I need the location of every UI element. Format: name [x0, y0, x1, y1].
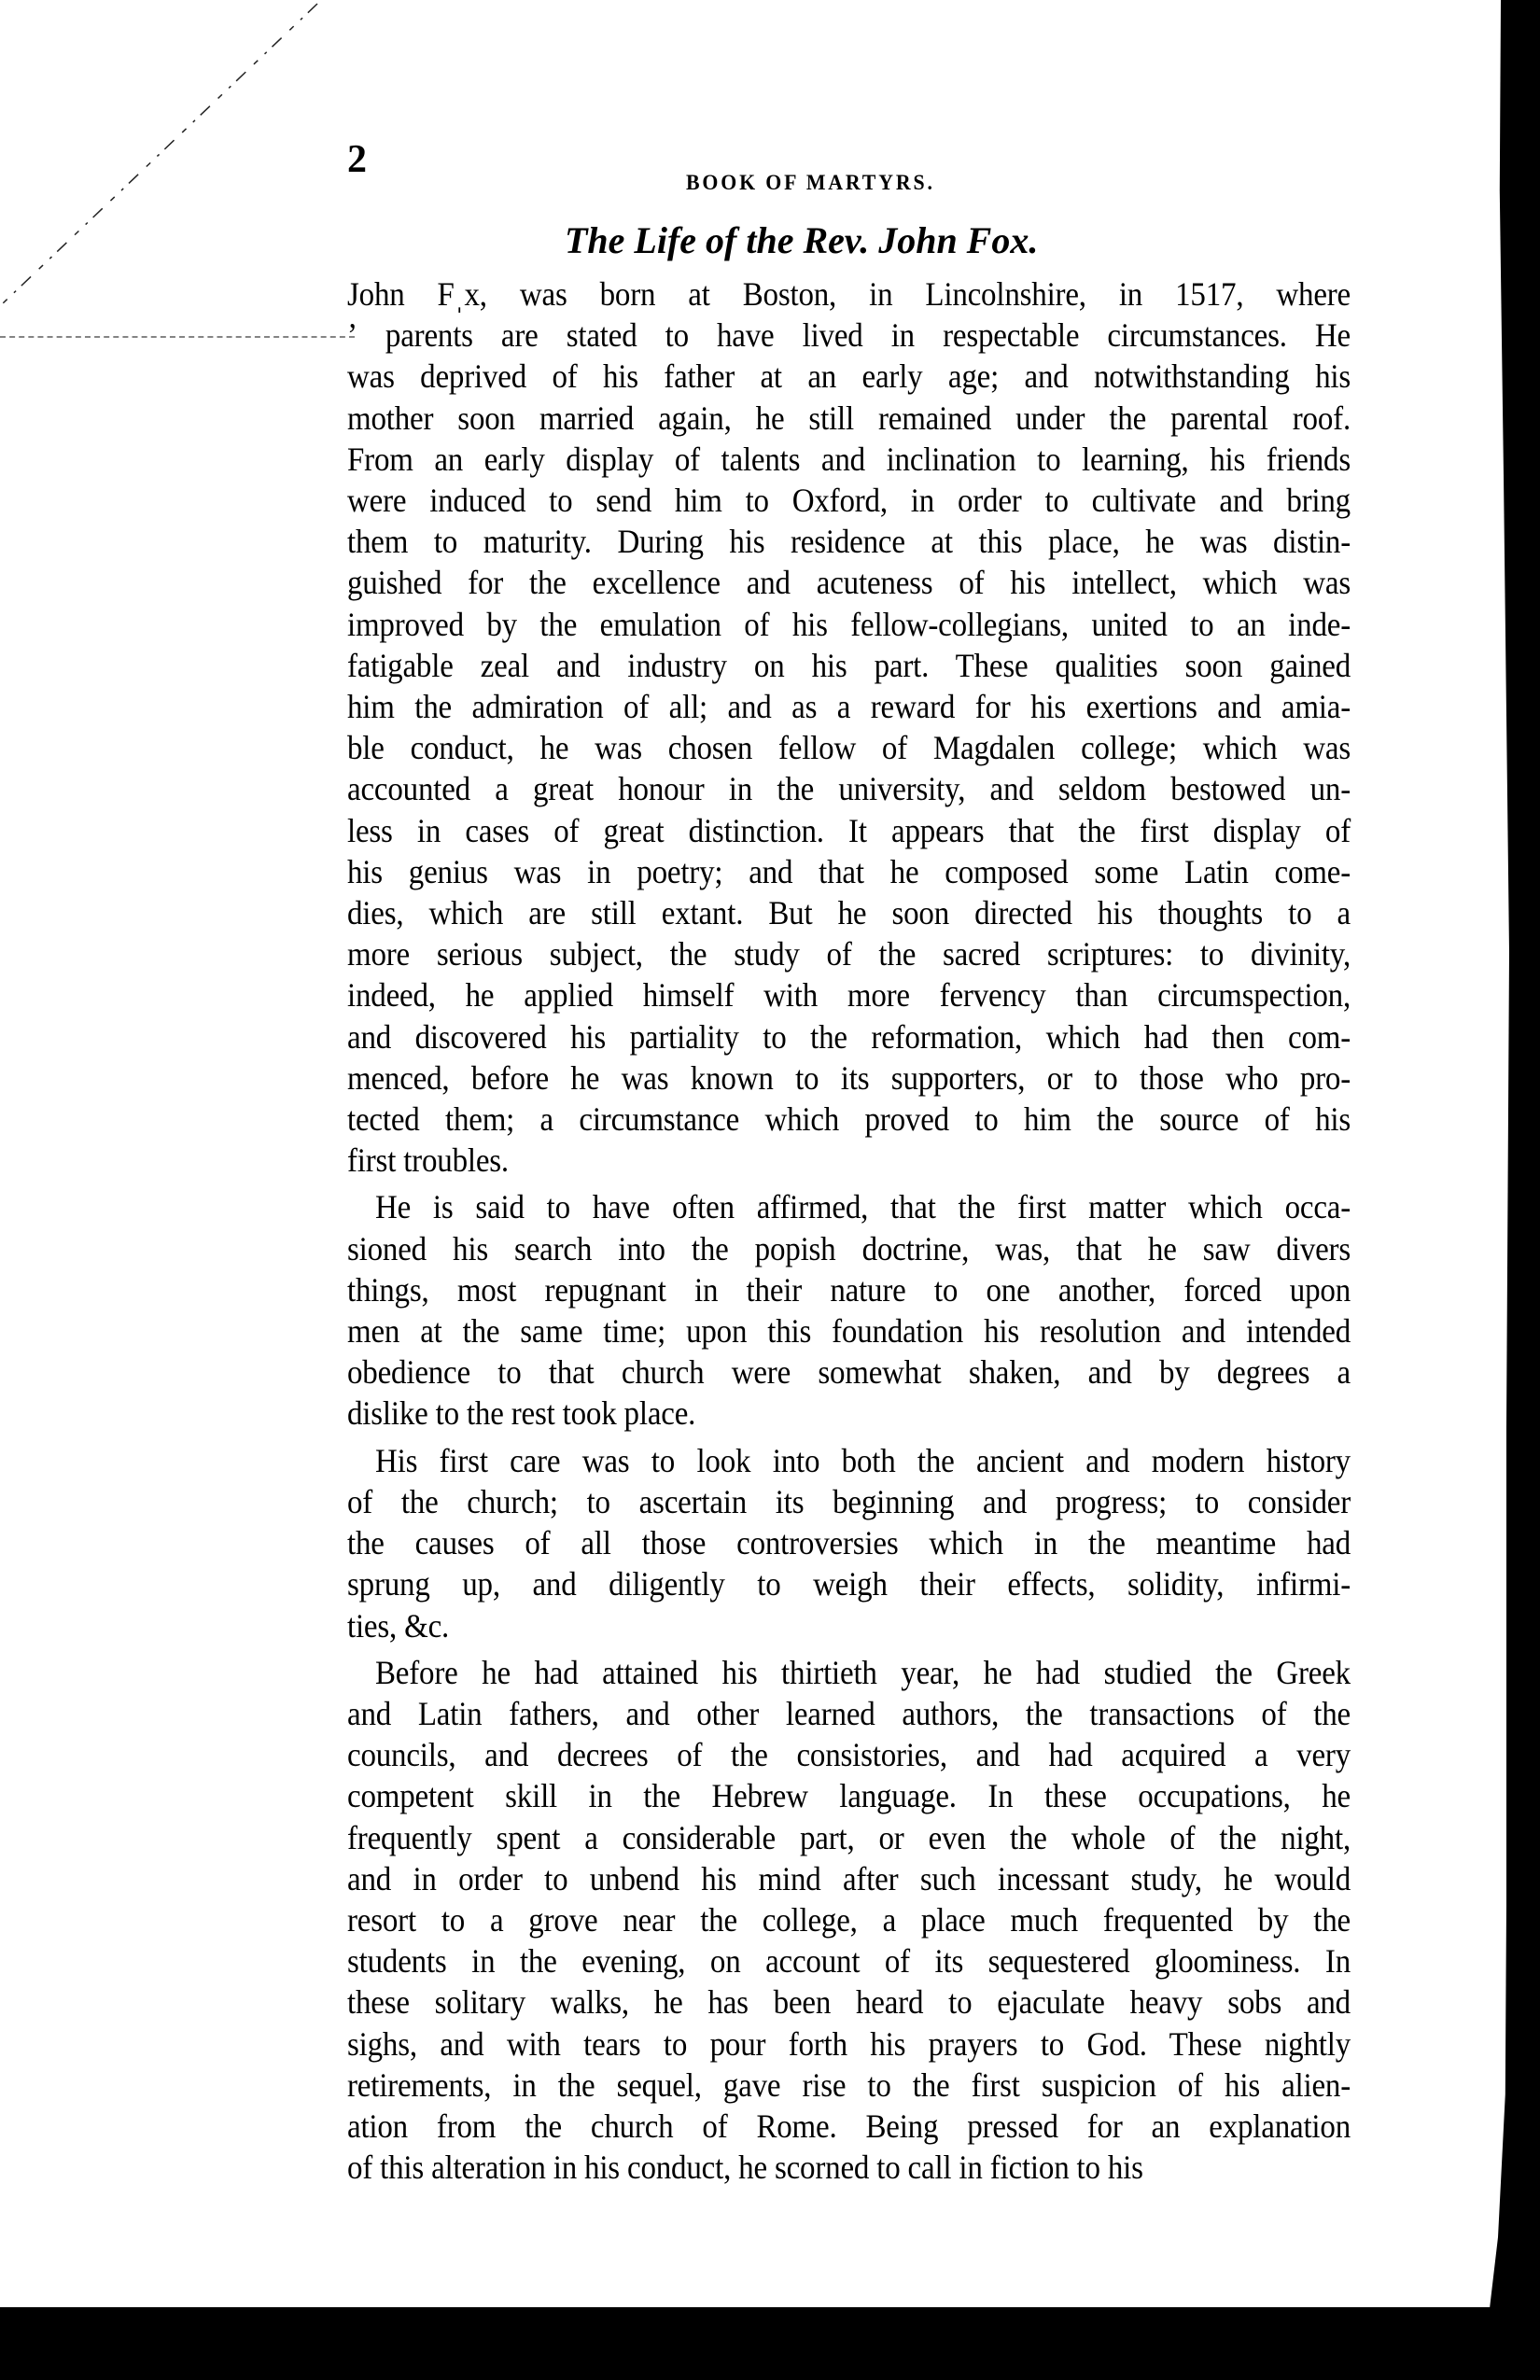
text-line: His first care was to look into both the… [347, 1439, 1351, 1484]
text-line: ties, &c. [347, 1604, 1351, 1649]
text-line: first troubles. [347, 1140, 1351, 1184]
text-line: ble conduct, he was chosen fellow of Mag… [347, 727, 1351, 772]
body-text: John Fˌx, was born at Boston, in Lincoln… [347, 276, 1351, 2196]
text-line: ation from the church of Rome. Being pre… [347, 2105, 1351, 2149]
text-line: Before he had attained his thirtieth yea… [347, 1651, 1351, 1696]
text-line: obedience to that church were somewhat s… [347, 1351, 1351, 1396]
text-line: dies, which are still extant. But he soo… [347, 892, 1351, 937]
text-line: retirements, in the sequel, gave rise to… [347, 2064, 1351, 2108]
text-line: resort to a grove near the college, a pl… [347, 1898, 1351, 1943]
text-line: was deprived of his father at an early a… [347, 356, 1351, 400]
text-line: sprung up, and diligently to weigh their… [347, 1563, 1351, 1608]
paragraph: Before he had attained his thirtieth yea… [347, 1655, 1351, 2191]
text-line: things, most repugnant in their nature t… [347, 1268, 1351, 1313]
text-line: frequently spent a considerable part, or… [347, 1816, 1351, 1861]
text-line: were induced to send him to Oxford, in o… [347, 479, 1351, 524]
text-line: sighs, and with tears to pour forth his … [347, 2023, 1351, 2067]
text-line: indeed, he applied himself with more fer… [347, 974, 1351, 1019]
scan-border-right [1484, 0, 1540, 2380]
text-line: John Fˌx, was born at Boston, in Lincoln… [347, 273, 1351, 317]
text-line: these solitary walks, he has been heard … [347, 1981, 1351, 2026]
text-line: students in the evening, on account of i… [347, 1940, 1351, 1985]
text-line: tected them; a circumstance which proved… [347, 1099, 1351, 1143]
scan-border-bottom [0, 2307, 1540, 2380]
text-line: improved by the emulation of his fellow-… [347, 603, 1351, 648]
text-line: and in order to unbend his mind after su… [347, 1857, 1351, 1902]
text-line: ʼ parents are stated to have lived in re… [347, 315, 1351, 359]
text-line: menced, before he was known to its suppo… [347, 1057, 1351, 1101]
text-line: fatigable zeal and industry on his part.… [347, 644, 1351, 689]
text-line: less in cases of great distinction. It a… [347, 809, 1351, 854]
paragraph: He is said to have often affirmed, that … [347, 1189, 1351, 1436]
text-line: sioned his search into the popish doctri… [347, 1227, 1351, 1272]
text-line: his genius was in poetry; and that he co… [347, 850, 1351, 895]
text-line: the causes of all those controversies wh… [347, 1522, 1351, 1567]
text-line: mother soon married again, he still rema… [347, 397, 1351, 441]
text-line: and discovered his partiality to the ref… [347, 1015, 1351, 1060]
text-line: him the admiration of all; and as a rewa… [347, 685, 1351, 730]
text-line: competent skill in the Hebrew language. … [347, 1775, 1351, 1820]
text-line: accounted a great honour in the universi… [347, 768, 1351, 813]
text-line: them to maturity. During his residence a… [347, 521, 1351, 566]
text-line: and Latin fathers, and other learned aut… [347, 1692, 1351, 1737]
scan-artifact-horizontal-line [0, 336, 355, 338]
text-line: dislike to the rest took place. [347, 1393, 1351, 1437]
running-head: BOOK OF MARTYRS. [686, 172, 935, 193]
text-line: From an early display of talents and inc… [347, 438, 1351, 483]
text-line: councils, and decrees of the consistorie… [347, 1734, 1351, 1779]
paragraph: John Fˌx, was born at Boston, in Lincoln… [347, 276, 1351, 1183]
text-line: He is said to have often affirmed, that … [347, 1186, 1351, 1231]
text-line: of this alteration in his conduct, he sc… [347, 2147, 1351, 2191]
page-number: 2 [347, 140, 367, 179]
scan-artifact-diagonal-line [0, 0, 336, 308]
paragraph: His first care was to look into both the… [347, 1443, 1351, 1649]
text-line: more serious subject, the study of the s… [347, 933, 1351, 978]
text-line: men at the same time; upon this foundati… [347, 1310, 1351, 1355]
text-line: of the church; to ascertain its beginnin… [347, 1480, 1351, 1525]
text-line: guished for the excellence and acuteness… [347, 562, 1351, 607]
chapter-title: The Life of the Rev. John Fox. [565, 222, 1038, 259]
